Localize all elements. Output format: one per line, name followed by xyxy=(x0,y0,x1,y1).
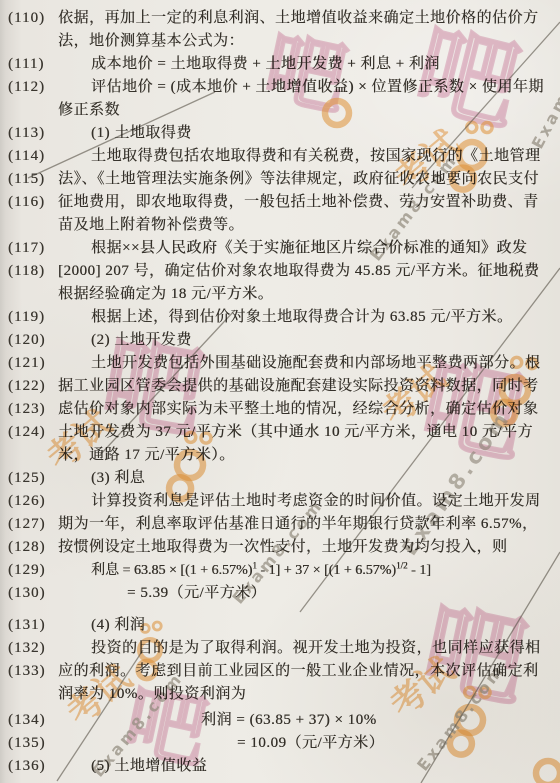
line-text: 征地费用，即农地取得费，一般包括土地补偿费、劳力安置补助费、青 xyxy=(58,191,539,214)
line-number: (116) xyxy=(8,191,58,214)
line-number: (111) xyxy=(8,53,58,76)
line-text: 投资的目的是为了取得利润。视开发土地为投资，也同样应获得相 xyxy=(91,637,541,660)
profit-formula: 利润 = (63.85 + 37) × 10% xyxy=(201,709,377,732)
line-number: (112) xyxy=(8,76,58,99)
doc-line: 苗及地上附着物补偿费等。 xyxy=(0,214,560,237)
line-number: (132) xyxy=(8,637,58,660)
doc-line: 润率为 10%。则投资利润为 xyxy=(0,683,560,706)
line-text: 土地开发费为 37 元/平方米（其中通水 10 元/平方米，通电 10 元/平方 xyxy=(58,421,533,444)
doc-line: (119)根据上述，得到估价对象土地取得费合计为 63.85 元/平方米。 xyxy=(0,306,560,329)
line-number: (120) xyxy=(8,329,58,352)
doc-line: 法，地价测算基本公式为： xyxy=(0,30,560,53)
line-number: (122) xyxy=(8,375,58,398)
line-number: (127) xyxy=(8,513,58,536)
doc-line: (115)法》、《土地管理法实施条例》等法律规定，政府征收农地要向农民支付 xyxy=(0,168,560,191)
line-number: (115) xyxy=(8,168,58,191)
line-text: 润率为 10%。则投资利润为 xyxy=(58,683,246,706)
line-text: 根据××县人民政府《关于实施征地区片综合价标准的通知》政发 xyxy=(91,237,527,260)
line-text: 按惯例设定土地取得费为一次性支付，土地开发费为均匀投入，则 xyxy=(58,536,508,559)
doc-line: (112)评估地价 = (成本地价 + 土地增值收益) × 位置修正系数 × 使… xyxy=(0,76,560,99)
line-text: 法，地价测算基本公式为： xyxy=(58,30,244,53)
line-number: (113) xyxy=(8,122,58,145)
doc-line: (136)(5) 土地增值收益 xyxy=(0,755,560,778)
doc-line: (127)期为一年，利息率取评估基准日通行的半年期银行贷款年利率 6.57%， xyxy=(0,513,560,536)
line-number: (118) xyxy=(8,260,58,283)
line-text: (3) 利息 xyxy=(91,467,145,490)
doc-line: (122)据工业园区管委会提供的基础设施配套建设实际投资资料数据，同时考 xyxy=(0,375,560,398)
doc-line: (114)土地取得费包括农地取得费和有关税费，按国家现行的《土地管理 xyxy=(0,145,560,168)
line-number: (136) xyxy=(8,755,58,778)
doc-line: (116)征地费用，即农地取得费，一般包括土地补偿费、劳力安置补助费、青 xyxy=(0,191,560,214)
line-text: 虑估价对象内部实际为未平整土地的情况，经综合分析，确定估价对象 xyxy=(58,398,539,421)
line-number: (126) xyxy=(8,490,58,513)
line-text: 据工业园区管委会提供的基础设施配套建设实际投资资料数据，同时考 xyxy=(58,375,539,398)
doc-line: (132)投资的目的是为了取得利润。视开发土地为投资，也同样应获得相 xyxy=(0,637,560,660)
line-text: (4) 利润 xyxy=(91,614,145,637)
line-text: [2000] 207 号，确定估价对象农地取得费为 45.85 元/平方米。征地… xyxy=(58,260,539,283)
doc-line: (126)计算投资利息是评估土地时考虑资金的时间价值。设定土地开发周 xyxy=(0,490,560,513)
doc-line: (111)成本地价 = 土地取得费 + 土地开发费 + 利息 + 利润 xyxy=(0,53,560,76)
line-text: = 5.39（元/平方米） xyxy=(127,582,266,605)
line-text: 根据上述，得到估价对象土地取得费合计为 63.85 元/平方米。 xyxy=(91,306,512,329)
line-number: (110) xyxy=(8,7,58,30)
doc-line: (130)= 5.39（元/平方米） xyxy=(0,582,560,605)
doc-line: (121)土地开发费包括外围基础设施配套费和内部场地平整费两部分。根 xyxy=(0,352,560,375)
line-number: (117) xyxy=(8,237,58,260)
line-number: (133) xyxy=(8,660,58,683)
line-text: 期为一年，利息率取评估基准日通行的半年期银行贷款年利率 6.57%， xyxy=(58,513,538,536)
line-text: (1) 土地取得费 xyxy=(91,122,192,145)
line-number: (114) xyxy=(8,145,58,168)
doc-line: (131)(4) 利润 xyxy=(0,614,560,637)
line-text: 修正系数 xyxy=(58,99,120,122)
line-text: 土地开发费包括外围基础设施配套费和内部场地平整费两部分。根 xyxy=(91,352,541,375)
line-number: (128) xyxy=(8,536,58,559)
line-text: (5) 土地增值收益 xyxy=(91,755,207,778)
doc-line: (129)利息 = 63.85 × [(1 + 6.57%)1 - 1] + 3… xyxy=(0,559,560,582)
line-number: (129) xyxy=(8,559,58,582)
line-text: = 10.09（元/平方米） xyxy=(237,732,384,755)
line-text: 根据经验确定为 18 元/平方米。 xyxy=(58,283,273,306)
doc-line: (120)(2) 土地开发费 xyxy=(0,329,560,352)
doc-line: (134)利润 = (63.85 + 37) × 10% xyxy=(0,709,560,732)
doc-line: (113)(1) 土地取得费 xyxy=(0,122,560,145)
line-text: 法》、《土地管理法实施条例》等法律规定，政府征收农地要向农民支付 xyxy=(58,168,539,191)
doc-line: (123)虑估价对象内部实际为未平整土地的情况，经综合分析，确定估价对象 xyxy=(0,398,560,421)
doc-line: (118)[2000] 207 号，确定估价对象农地取得费为 45.85 元/平… xyxy=(0,260,560,283)
doc-line: (110)依据，再加上一定的利息利润、土地增值收益来确定土地价格的估价方 xyxy=(0,7,560,30)
line-number: (123) xyxy=(8,398,58,421)
line-text: 评估地价 = (成本地价 + 土地增值收益) × 位置修正系数 × 使用年期 xyxy=(91,76,544,99)
line-number: (125) xyxy=(8,467,58,490)
line-number: (130) xyxy=(8,582,58,605)
line-number: (124) xyxy=(8,421,58,444)
document-text-block: (110)依据，再加上一定的利息利润、土地增值收益来确定土地价格的估价方 法，地… xyxy=(0,7,560,778)
line-number: (134) xyxy=(8,709,58,732)
doc-line: (124)土地开发费为 37 元/平方米（其中通水 10 元/平方米，通电 10… xyxy=(0,421,560,444)
line-text: 苗及地上附着物补偿费等。 xyxy=(58,214,244,237)
line-text: 米，通路 17 元/平方米）。 xyxy=(58,444,235,467)
doc-line: (128)按惯例设定土地取得费为一次性支付，土地开发费为均匀投入，则 xyxy=(0,536,560,559)
doc-line: 修正系数 xyxy=(0,99,560,122)
line-text: 应的利润。考虑到目前工业园区的一般工业企业情况，本次评估确定利 xyxy=(58,660,539,683)
doc-line: (133)应的利润。考虑到目前工业园区的一般工业企业情况，本次评估确定利 xyxy=(0,660,560,683)
line-text: 成本地价 = 土地取得费 + 土地开发费 + 利息 + 利润 xyxy=(91,53,440,76)
interest-formula: 利息 = 63.85 × [(1 + 6.57%)1 - 1] + 37 × [… xyxy=(91,559,431,582)
line-number: (131) xyxy=(8,614,58,637)
doc-line: 米，通路 17 元/平方米）。 xyxy=(0,444,560,467)
line-text: (2) 土地开发费 xyxy=(91,329,192,352)
doc-line: (135)= 10.09（元/平方米） xyxy=(0,732,560,755)
doc-line: 根据经验确定为 18 元/平方米。 xyxy=(0,283,560,306)
line-number: (119) xyxy=(8,306,58,329)
line-number: (135) xyxy=(8,732,58,755)
line-number: (121) xyxy=(8,352,58,375)
doc-line: (125)(3) 利息 xyxy=(0,467,560,490)
doc-line: (117)根据××县人民政府《关于实施征地区片综合价标准的通知》政发 xyxy=(0,237,560,260)
line-text: 计算投资利息是评估土地时考虑资金的时间价值。设定土地开发周 xyxy=(91,490,541,513)
line-text: 依据，再加上一定的利息利润、土地增值收益来确定土地价格的估价方 xyxy=(58,7,539,30)
line-text: 土地取得费包括农地取得费和有关税费，按国家现行的《土地管理 xyxy=(91,145,541,168)
